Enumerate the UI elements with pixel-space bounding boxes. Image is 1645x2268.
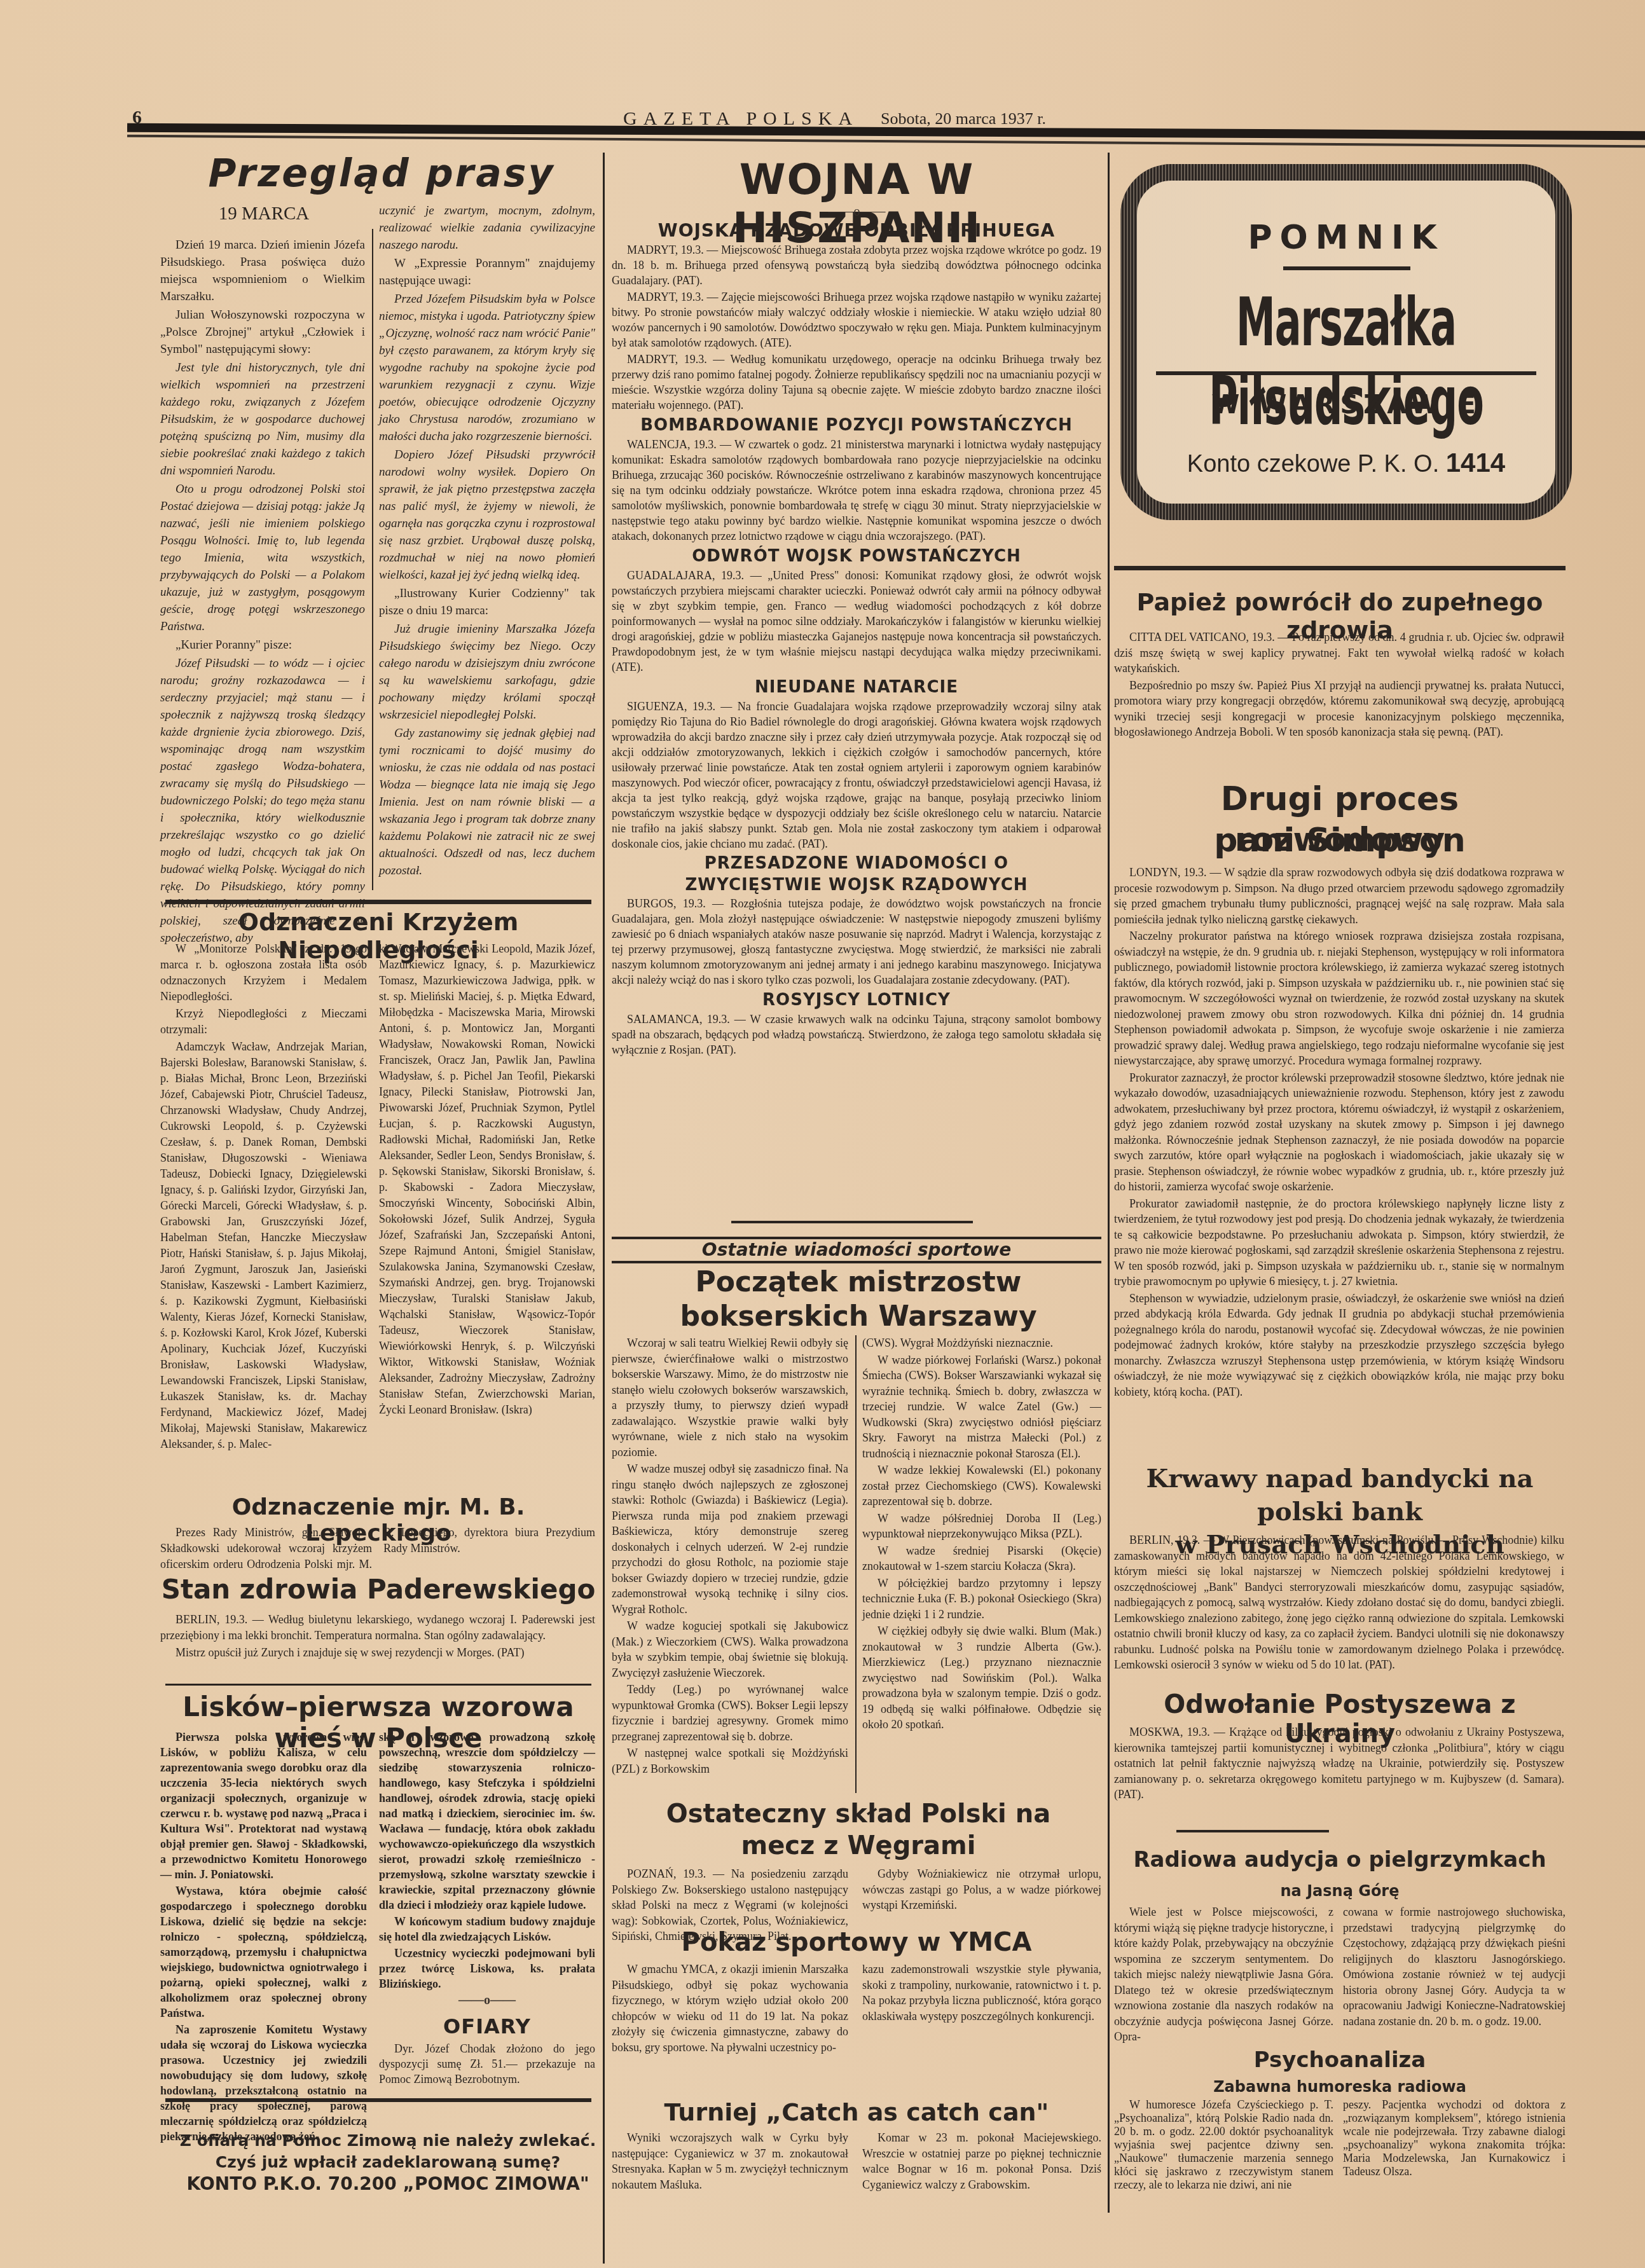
- section-rule: [165, 1684, 591, 1686]
- article-subheadline: na Jasną Górę: [1114, 1882, 1566, 1900]
- paragraph: kazu zademonstrowali wszystkie style pły…: [862, 1962, 1101, 2024]
- article-body: Dyr. Józef Chodak złożono do jego dyspoz…: [379, 2041, 595, 2088]
- ad-line: Konto czekowe P. K. O. 1414: [1137, 448, 1555, 478]
- paragraph: Gdy zastanowimy się jednak głębiej nad t…: [379, 725, 595, 879]
- paragraph: Julian Wołoszynowski rozpoczyna w „Polsc…: [160, 306, 365, 358]
- paragraph: Oto u progu odrodzonej Polski stoi Posta…: [160, 481, 365, 635]
- subsection-headline: PRZESADZONE WIADOMOŚCI O ZWYCIĘSTWIE WOJ…: [612, 853, 1101, 896]
- section-rule: [165, 900, 591, 904]
- paragraph: MADRYT, 19.3. — Według komunikatu urzędo…: [612, 352, 1101, 413]
- paragraph: Prokurator zaznaczył, że proctor królews…: [1114, 1070, 1564, 1195]
- article-subheadline: Zabawna humoreska radiowa: [1114, 2078, 1566, 2096]
- paragraph: Pierwsza polska wzorowa wieś, Lisków, w …: [160, 1729, 367, 1882]
- paragraph: LONDYN, 19.3. — W sądzie dla spraw rozwo…: [1114, 865, 1564, 927]
- article-headline: Turniej „Catch as catch can": [612, 2098, 1101, 2126]
- article-column: W humoresce Józefa Czyścieckiego p. T. „…: [1114, 2098, 1333, 2193]
- pomoc-zimowa-ad: Z ofiarą na Pomoc Zimową nie należy zwle…: [178, 2130, 598, 2195]
- paragraph: Już drugie imieniny Marszałka Józefa Pił…: [379, 621, 595, 724]
- newspaper-page: 6 GAZETA POLSKA Sobota, 20 marca 1937 r.…: [0, 0, 1645, 2268]
- ad-line: POMNIK: [1137, 219, 1555, 257]
- paragraph: MOSKWA, 19.3. — Krążące od kilku tygodni…: [1114, 1724, 1564, 1803]
- paragraph: Prokurator zawiadomił następnie, że do p…: [1114, 1196, 1564, 1289]
- section-rule: [165, 2098, 591, 2102]
- ad-line: KONTO P.K.O. 70.200 „POMOC ZIMOWA": [178, 2173, 598, 2195]
- paragraph: Jest tyle dni historycznych, tyle dni wi…: [160, 359, 365, 479]
- subsection-headline: WOJSKA RZĄDOWE ODBIŁY BRIHUEGA: [612, 219, 1101, 242]
- paragraph: BERLIN, 19.3. — W Pierzchowicach (pow. s…: [1114, 1532, 1564, 1673]
- paragraph: Dopiero Józef Piłsudski przywrócił narod…: [379, 446, 595, 584]
- article-column: Komar w 23 m. pokonał Maciejewskiego. Wr…: [862, 2130, 1101, 2194]
- paragraph: W „Monitorze Polskim" z dn. 19-go marca …: [160, 941, 367, 1005]
- article-column: Wiele jest w Polsce miejscowości, z któr…: [1114, 1904, 1333, 2046]
- paragraph: CITTA DEL VATICANO, 19.3. — Po raz pierw…: [1114, 629, 1564, 677]
- paragraph: W humoresce Józefa Czyścieckiego p. T. „…: [1114, 2098, 1333, 2192]
- separator: ——o——: [379, 1993, 595, 2008]
- article-column: Dzień 19 marca. Dzień imienin Józefa Pił…: [160, 237, 365, 948]
- hiszpania-body: WOJSKA RZĄDOWE ODBIŁY BRIHUEGA MADRYT, 1…: [612, 219, 1101, 1059]
- ad-account-number: 1414: [1446, 448, 1505, 478]
- paragraph: SIGUENZA, 19.3. — Na froncie Guadalajara…: [612, 699, 1101, 851]
- section-title: Przegląd prasy: [172, 151, 591, 196]
- column-divider: [1108, 153, 1110, 2213]
- paragraph: Gdyby Woźniakiewicz nie otrzymał urlopu,…: [862, 1866, 1101, 1913]
- paragraph: W następnej walce spotkali się Możdżyńsk…: [612, 1745, 848, 1777]
- ad-line: Czyś już wpłacił zadeklarowaną sumę?: [178, 2152, 598, 2173]
- section-rule: [731, 1221, 973, 1223]
- article-headline: Psychoanaliza: [1114, 2047, 1566, 2073]
- paragraph: „Kurier Poranny" pisze:: [160, 636, 365, 654]
- paragraph: Komar w 23 m. pokonał Maciejewskiego. Wr…: [862, 2130, 1101, 2192]
- article-column: Pierwsza polska wzorowa wieś, Lisków, w …: [160, 1729, 367, 2145]
- section-rule: [1176, 1830, 1329, 1832]
- paragraph: W wadze lekkiej Kowalewski (El.) pokonan…: [862, 1462, 1101, 1509]
- paragraph: Naczelny prokurator państwa na którego w…: [1114, 928, 1564, 1069]
- paragraph: Wczoraj w sali teatru Wielkiej Rewii odb…: [612, 1335, 848, 1460]
- ad-line: W WARSZAWIE: [1137, 390, 1555, 420]
- column-divider: [372, 229, 373, 890]
- section-rule: [1114, 566, 1566, 570]
- article-headline: OFIARY: [379, 2014, 595, 2038]
- paragraph: ską i wzorowo prowadzoną szkołę powszech…: [379, 1729, 595, 1913]
- article-body: MOSKWA, 19.3. — Krążące od kilku tygodni…: [1114, 1724, 1564, 1804]
- ad-rule: [1283, 266, 1410, 270]
- section-przeglad-prasy: Przegląd prasy: [172, 151, 591, 196]
- article-column: W gmachu YMCA, z okazji imienin Marszałk…: [612, 1962, 848, 2056]
- paragraph: uczynić je zwartym, mocnym, zdolnym, rea…: [379, 202, 595, 254]
- ad-line: Z ofiarą na Pomoc Zimową nie należy zwle…: [178, 2130, 598, 2152]
- paragraph: Krzyż Niepodległości z Mieczami otrzymal…: [160, 1006, 367, 1038]
- paragraph: W „Expressie Porannym" znajdujemy następ…: [379, 255, 595, 289]
- subsection-headline: BOMBARDOWANIE POZYCJI POWSTAŃCZYCH: [612, 414, 1101, 437]
- paragraph: SALAMANCA, 19.3. — W czasie krwawych wal…: [612, 1012, 1101, 1057]
- article-column: peszy. Pacjentka wychodzi od doktora z „…: [1343, 2098, 1566, 2180]
- article-column: uczynić je zwartym, mocnym, zdolnym, rea…: [379, 202, 595, 881]
- article-headline: Początek mistrzostw bokserskich Warszawy: [630, 1265, 1087, 1334]
- paragraph: W wadze muszej odbył się zasadniczo fina…: [612, 1461, 848, 1617]
- paragraph: Wystawa, która obejmie całość gospodarcz…: [160, 1883, 367, 2021]
- paragraph: W wadze półśredniej Doroba II (Leg.) wyp…: [862, 1511, 1101, 1542]
- paragraph: W wadze średniej Pisarski (Okęcie) znoka…: [862, 1543, 1101, 1574]
- separator: ——o——: [610, 205, 1103, 219]
- subsection-headline: NIEUDANE NATARCIE: [612, 676, 1101, 699]
- article-column: ki Wacław, Marczewski Leopold, Mazik Józ…: [379, 941, 595, 1419]
- paragraph: Na zaproszenie Komitetu Wystawy udała si…: [160, 2022, 367, 2144]
- paragraph: Bezpośrednio po mszy św. Papież Pius XI …: [1114, 678, 1564, 740]
- paragraph: Uczestnicy wycieczki podejmowani byli pr…: [379, 1946, 595, 1991]
- article-column: Wczoraj w sali teatru Wielkiej Rewii odb…: [612, 1335, 848, 1778]
- paragraph: Mistrz opuścił już Zurych i znajduje się…: [160, 1645, 595, 1661]
- article-column: Gdyby Woźniakiewicz nie otrzymał urlopu,…: [862, 1866, 1101, 1914]
- paragraph: MADRYT, 19.3. — Miejscowość Brihuega zos…: [612, 242, 1101, 288]
- column-divider: [855, 1335, 857, 1793]
- subsection-headline: ROSYJSCY LOTNICY: [612, 989, 1101, 1012]
- article-body: Prezes Rady Ministrów, gen. Sławoj - Skł…: [160, 1525, 595, 1572]
- paragraph: W ciężkiej odbyły się dwie walki. Blum (…: [862, 1623, 1101, 1733]
- paragraph: Adamczyk Wacław, Andrzejak Marian, Bajer…: [160, 1039, 367, 1452]
- paragraph: Teddy (Leg.) po wyrównanej walce wypunkt…: [612, 1682, 848, 1744]
- paragraph: W końcowym stadium budowy znajduje się h…: [379, 1914, 595, 1944]
- paragraph: W wadze koguciej spotkali się Jakubowicz…: [612, 1618, 848, 1680]
- subsection-headline: ODWRÓT WOJSK POWSTAŃCZYCH: [612, 545, 1101, 568]
- paragraph: peszy. Pacjentka wychodzi od doktora z „…: [1343, 2098, 1566, 2178]
- article-headline: Ostateczny skład Polski na mecz z Węgram…: [630, 1798, 1087, 1862]
- headline-line: Krwawy napad bandycki na polski bank: [1114, 1462, 1566, 1529]
- paragraph: BURGOS, 19.3. — Rozgłośnia tutejsza poda…: [612, 896, 1101, 987]
- paragraph: Dzień 19 marca. Dzień imienin Józefa Pił…: [160, 237, 365, 305]
- paragraph: cowana w formie nastrojowego słuchowiska…: [1343, 1904, 1566, 2029]
- article-column: Wyniki wczorajszych walk w Cyrku były na…: [612, 2130, 848, 2194]
- article-headline: pani Simpson: [1114, 820, 1566, 861]
- paragraph: (CWS). Wygrał Możdżyński nieznacznie.: [862, 1335, 1101, 1351]
- article-headline: Radiowa audycja o pielgrzymkach: [1114, 1847, 1566, 1873]
- paragraph: Stephenson w wywiadzie, udzielonym prasi…: [1114, 1291, 1564, 1400]
- article-column: cowana w formie nastrojowego słuchowiska…: [1343, 1904, 1566, 2030]
- article-headline: Stan zdrowia Paderewskiego: [159, 1574, 598, 1605]
- column-divider: [603, 153, 605, 2264]
- paragraph: BERLIN, 19.3. — Według biuletynu lekarsk…: [160, 1612, 595, 1644]
- issue-date: Sobota, 20 marca 1937 r.: [881, 109, 1046, 128]
- paragraph: Wyniki wczorajszych walk w Cyrku były na…: [612, 2130, 848, 2192]
- pomnik-ad: POMNIK Marszałka Piłsudskiego W WARSZAWI…: [1120, 164, 1572, 520]
- paragraph: WALENCJA, 19.3. — W czwartek o godz. 21 …: [612, 437, 1101, 544]
- sport-banner: Ostatnie wiadomości sportowe: [612, 1237, 1101, 1263]
- paragraph: W wadze piórkowej Forlański (Warsz.) pok…: [862, 1352, 1101, 1462]
- article-body: CITTA DEL VATICANO, 19.3. — Po raz pierw…: [1114, 629, 1564, 741]
- article-body: BERLIN, 19.3. — Według biuletynu lekarsk…: [160, 1612, 595, 1662]
- article-column: W „Monitorze Polskim" z dn. 19-go marca …: [160, 941, 367, 1454]
- paragraph: Przed Józefem Piłsudskim była w Polsce n…: [379, 291, 595, 445]
- paragraph: ki Wacław, Marczewski Leopold, Mazik Józ…: [379, 941, 595, 1418]
- paragraph: Dyr. Józef Chodak złożono do jego dyspoz…: [379, 2041, 595, 2087]
- article-headline: Pokaz sportowy w YMCA: [612, 1928, 1101, 1957]
- paragraph: W półciężkiej bardzo przytomny i lepszy …: [862, 1576, 1101, 1623]
- paragraph: MADRYT, 19.3. — Zajęcie miejscowości Bri…: [612, 289, 1101, 350]
- paragraph: Prezes Rady Ministrów, gen. Sławoj - Skł…: [160, 1525, 595, 1572]
- paragraph: W gmachu YMCA, z okazji imienin Marszałk…: [612, 1962, 848, 2055]
- paragraph: „Ilustrowany Kurier Codzienny" tak pisze…: [379, 585, 595, 619]
- article-body: BERLIN, 19.3. — W Pierzchowicach (pow. s…: [1114, 1532, 1564, 1674]
- article-body: LONDYN, 19.3. — W sądzie dla spraw rozwo…: [1114, 865, 1564, 1401]
- article-column: (CWS). Wygrał Możdżyński nieznacznie. W …: [862, 1335, 1101, 1734]
- article-column: ską i wzorowo prowadzoną szkołę powszech…: [379, 1729, 595, 2008]
- article-column: kazu zademonstrowali wszystkie style pły…: [862, 1962, 1101, 2025]
- ad-account-label: Konto czekowe P. K. O.: [1187, 451, 1439, 478]
- paragraph: GUADALAJARA, 19.3. — „United Press" dono…: [612, 568, 1101, 675]
- section-subtitle: 19 MARCA: [165, 203, 362, 224]
- paragraph: Wiele jest w Polsce miejscowości, z któr…: [1114, 1904, 1333, 2045]
- ad-rule: [1156, 371, 1536, 375]
